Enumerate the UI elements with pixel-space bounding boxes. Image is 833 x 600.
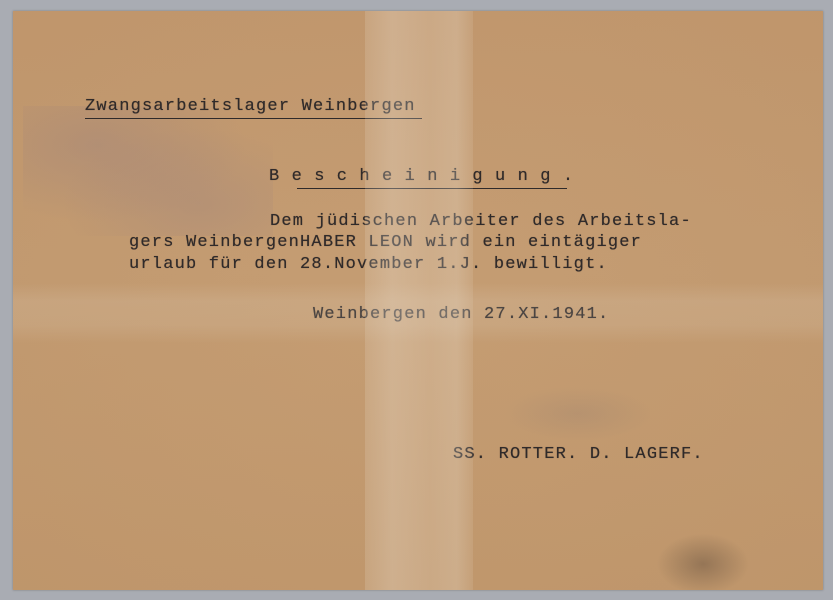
faded-signature bbox=[503, 386, 653, 441]
certificate-paper: Zwangsarbeitslager Weinbergen Bescheinig… bbox=[13, 11, 823, 590]
ink-offset-stain bbox=[23, 106, 273, 236]
body-line-1: Dem jüdischen Arbeiter des Arbeitsla- bbox=[270, 212, 692, 231]
horizontal-repair-tape bbox=[13, 283, 823, 343]
dark-stain bbox=[653, 531, 753, 590]
signoff-line: SS. ROTTER. D. LAGERF. bbox=[453, 445, 704, 464]
